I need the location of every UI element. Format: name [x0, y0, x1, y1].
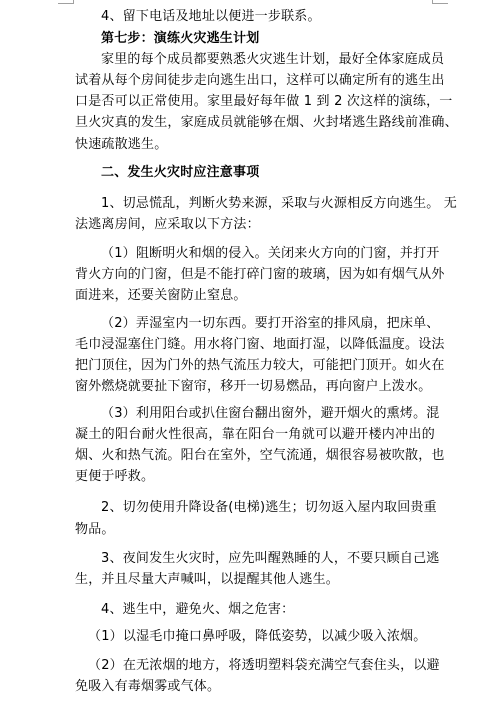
text-line: 烟、火和热气流。阳台在室外，空气流通，烟很容易被吹散，也	[75, 445, 435, 466]
section-heading: 第七步：演练火灾逃生计划	[101, 28, 435, 49]
text-line: 凝土的阳台耐火性很高，靠在阳台一角就可以避开楼内冲出的	[75, 424, 435, 445]
text-line: 生，并且尽量大声喊叫，以提醒其他人逃生。	[75, 569, 435, 590]
text-line: 背火方向的门窗，但是不能打碎门窗的玻璃，因为如有烟气从外	[75, 264, 435, 285]
text-line: 物品。	[75, 519, 435, 540]
text-line: 3、夜间发生火灾时，应先叫醒熟睡的人，不要只顾自己逃	[101, 548, 435, 569]
text-line: （2）在无浓烟的地方，将透明塑料袋充满空气套住头，以避	[88, 655, 435, 676]
text-line: （2）弄湿室内一切东西。要打开浴室的排风扇，把床单、	[101, 313, 435, 334]
text-line: 更便于呼救。	[75, 466, 435, 487]
text-line: 法逃离房间，应采取以下方法：	[75, 214, 435, 235]
text-line: 家里的每个成员都要熟悉火灾逃生计划，最好全体家庭成员	[101, 49, 435, 70]
text-line: 窗外燃烧就要扯下窗帘，移开一切易燃品，再向窗户上泼水。	[75, 376, 435, 397]
text-line: 旦火灾真的发生，家庭成员就能够在烟、火封堵逃生路线前准确、	[75, 112, 435, 133]
text-line: 快速疏散逃生。	[75, 134, 435, 155]
text-line: （3）利用阳台或扒住窗台翻出窗外，避开烟火的熏烤。混	[101, 403, 435, 424]
text-line: （1）阻断明火和烟的侵入。关闭来火方向的门窗，并打开	[101, 243, 435, 264]
text-line: 试着从每个房间徒步走向逃生出口，这样可以确定所有的逃生出	[75, 70, 435, 91]
text-line: 面进来，还要关窗防止窒息。	[75, 285, 435, 306]
page-corner-mark-left	[58, 0, 74, 4]
text-line: 把门顶住，因为门外的热气流压力较大，可能把门顶开。如火在	[75, 355, 435, 376]
page-corner-mark-right	[432, 0, 448, 4]
text-line: 免吸入有毒烟雾或气体。	[75, 676, 435, 697]
text-line: 口是否可以正常使用。家里最好每年做 1 到 2 次这样的演练，一	[75, 91, 435, 112]
text-line: 毛巾浸湿塞住门缝。用水将门窗、地面打湿，以降低温度。设法	[75, 334, 435, 355]
text-line: 4、逃生中，避免火、烟之危害：	[101, 599, 435, 620]
text-line: （1）以湿毛巾掩口鼻呼吸，降低姿势，以减少吸入浓烟。	[88, 626, 435, 647]
section-heading: 二、发生火灾时应注意事项	[101, 162, 435, 183]
text-line: 2、切勿使用升降设备(电梯)逃生；切勿返入屋内取回贵重	[101, 497, 435, 518]
text-line: 1、切忌慌乱，判断火势来源，采取与火源相反方向逃生。 无	[101, 193, 435, 214]
text-line: 4、留下电话及地址以便进一步联系。	[101, 6, 435, 27]
